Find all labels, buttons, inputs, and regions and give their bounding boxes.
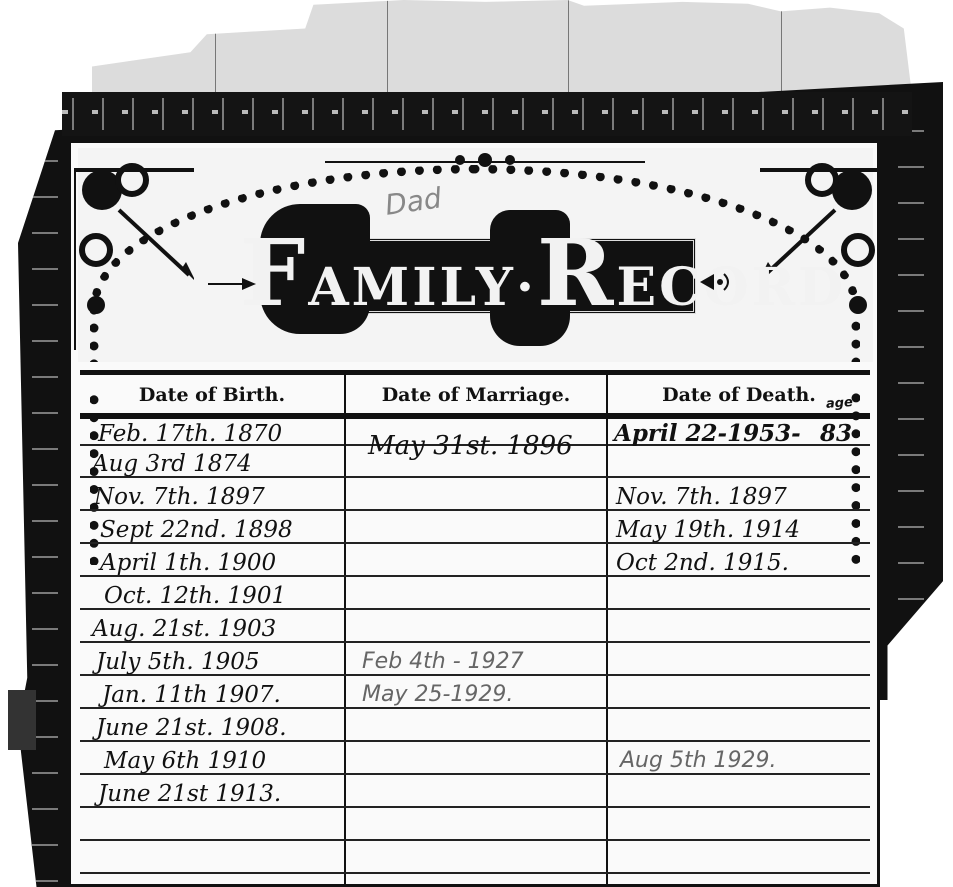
record-table: Date of Birth. Date of Marriage. Date of… bbox=[80, 370, 870, 887]
title-initial-r: R bbox=[537, 219, 616, 327]
birth-entry: June 21st. 1908. bbox=[96, 714, 287, 742]
column-header-marriage: Date of Marriage. bbox=[346, 378, 606, 412]
header-rule-bottom bbox=[80, 413, 870, 419]
title-initial-f: F bbox=[240, 219, 308, 327]
row-rule bbox=[80, 872, 870, 874]
border-band-top bbox=[62, 92, 912, 136]
birth-entry: Jan. 11th 1907. bbox=[102, 681, 281, 709]
death-entry: Nov. 7th. 1897 bbox=[616, 483, 787, 511]
birth-entry: June 21st 1913. bbox=[98, 780, 281, 808]
birth-entry: Sept 22nd. 1898 bbox=[100, 516, 293, 544]
border-pattern-left bbox=[32, 142, 58, 882]
family-record-page: FAMILY·RECORD Dad Date of Birth. Date of… bbox=[0, 0, 953, 887]
column-divider bbox=[606, 370, 608, 887]
column-divider bbox=[344, 370, 346, 887]
marriage-entry: May 25-1929. bbox=[362, 681, 513, 709]
death-entry: May 19th. 1914 bbox=[616, 516, 800, 544]
band-pattern bbox=[62, 98, 912, 130]
birth-entry: Aug. 21st. 1903 bbox=[92, 615, 276, 643]
row-rule bbox=[80, 839, 870, 841]
marriage-entry: May 31st. 1896 bbox=[368, 432, 573, 460]
arrow-right-icon bbox=[208, 276, 258, 292]
torn-fragment-left bbox=[8, 690, 36, 750]
column-header-birth: Date of Birth. bbox=[80, 378, 344, 412]
fleuron-icon bbox=[700, 268, 734, 296]
paper-crack bbox=[215, 0, 216, 95]
age-entry: 83 bbox=[820, 420, 852, 448]
birth-entry: Oct. 12th. 1901 bbox=[104, 582, 286, 610]
death-entry: Oct 2nd. 1915. bbox=[616, 549, 789, 577]
birth-entry: Feb. 17th. 1870 bbox=[98, 420, 282, 448]
floral-corner-left-icon bbox=[74, 150, 194, 350]
paper-crack bbox=[781, 0, 782, 95]
page-title: FAMILY·RECORD bbox=[240, 228, 700, 333]
birth-entry: May 6th 1910 bbox=[104, 747, 266, 775]
paper-crack bbox=[568, 0, 569, 95]
age-header-note: age bbox=[826, 395, 854, 412]
birth-entry: April 1th. 1900 bbox=[100, 549, 276, 577]
torn-edge-right bbox=[880, 700, 953, 887]
torn-paper-top bbox=[92, 0, 912, 95]
paper-crack bbox=[387, 0, 388, 95]
header-rule-top bbox=[80, 370, 870, 375]
family-record-title: FAMILY·RECORD bbox=[240, 198, 700, 348]
birth-entry: July 5th. 1905 bbox=[96, 648, 260, 676]
border-pattern-right bbox=[898, 112, 924, 632]
scroll-ornament-top-icon bbox=[325, 150, 645, 170]
birth-entry: Aug 3rd 1874 bbox=[92, 450, 252, 478]
floral-corner-right-icon bbox=[760, 150, 880, 350]
marriage-entry: Feb 4th - 1927 bbox=[362, 648, 524, 676]
title-word-amily: AMILY bbox=[308, 257, 516, 318]
torn-edge-left bbox=[0, 830, 24, 887]
band-pattern bbox=[62, 110, 912, 114]
death-entry: April 22-1953- bbox=[614, 420, 801, 448]
death-entry: Aug 5th 1929. bbox=[620, 747, 777, 775]
birth-entry: Nov. 7th. 1897 bbox=[94, 483, 265, 511]
title-separator: · bbox=[516, 257, 537, 318]
